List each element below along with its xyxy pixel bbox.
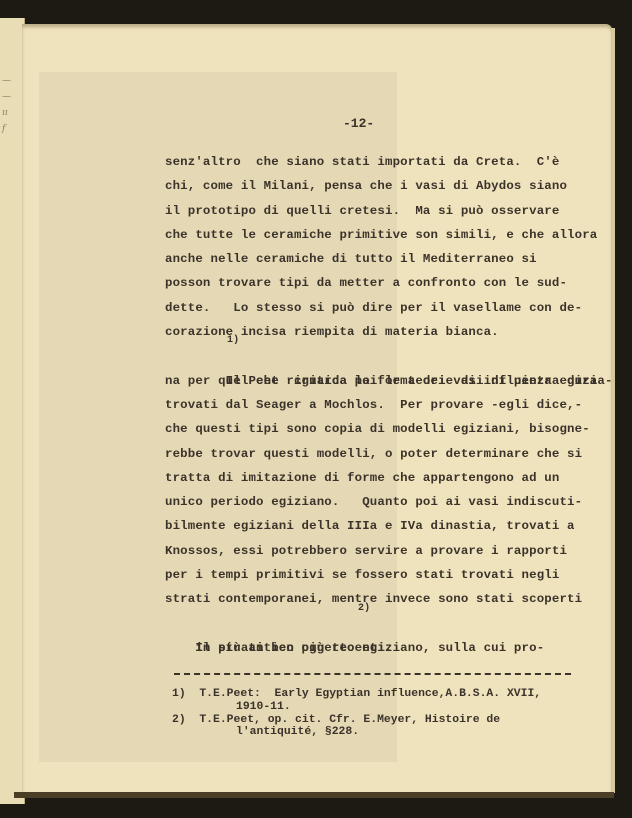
- text-line: che tutte le ceramiche primitive son sim…: [165, 223, 605, 247]
- text-line: tratta di imitazione di forme che appart…: [165, 466, 605, 490]
- footnote-ref-2: 2): [358, 604, 370, 614]
- text-line: Knossos, essi potrebbero servire a prova…: [165, 539, 605, 563]
- text-line: senz'altro che siano stati importati da …: [165, 150, 605, 174]
- text-line: rebbe trovar questi modelli, o poter det…: [165, 442, 605, 466]
- text-line: na per quel che riguarda la forma dei va…: [165, 369, 605, 393]
- footnote-1: 1) T.E.Peet: Early Egyptian influence,A.…: [172, 688, 592, 701]
- margin-marks: — — ıı f: [2, 73, 22, 137]
- text-line: che questi tipi sono copia di modelli eg…: [165, 417, 605, 441]
- text-line: trovati dal Seager a Mochlos. Per provar…: [165, 393, 605, 417]
- footnote-text: T.E.Peet: Early Egyptian influence,A.B.S…: [199, 688, 541, 700]
- text-line: bilmente egiziani della IIIa e IVa dinas…: [165, 514, 605, 538]
- text-line: posson trovare tipi da metter a confront…: [165, 271, 605, 295]
- text-line: il prototipo di quelli cretesi. Ma si pu…: [165, 199, 605, 223]
- footnote-label: 1): [172, 688, 186, 700]
- footnote-1-cont: 1910-11.: [172, 701, 592, 714]
- page-bottom-edge: [14, 792, 614, 798]
- margin-mark: ıı: [2, 105, 22, 121]
- page-number: -12-: [343, 116, 374, 131]
- text-line: unico periodo egiziano. Quanto poi ai va…: [165, 490, 605, 514]
- text-line: Il più antico oggetto egiziano, sulla cu…: [165, 636, 605, 660]
- margin-mark: —: [2, 73, 22, 89]
- footnotes: 1) T.E.Peet: Early Egyptian influence,A.…: [172, 688, 592, 739]
- footnote-2-cont: l'antiquité, §228.: [172, 726, 592, 739]
- text-line: per i tempi primitivi se fossero stati t…: [165, 563, 605, 587]
- footnote-separator: [174, 673, 571, 675]
- text-line: strati contemporanei, mentre invece sono…: [165, 587, 605, 611]
- text-line: Il Peet critica poi le teorie di influen…: [165, 344, 605, 368]
- footnote-ref-1: 1): [227, 336, 239, 346]
- text-line: in strati ben più recenti. 2): [165, 612, 605, 636]
- text-line: dette. Lo stesso si può dire per il vase…: [165, 296, 605, 320]
- footnote-text: T.E.Peet, op. cit. Cfr. E.Meyer, Histoir…: [199, 714, 500, 726]
- margin-mark: f: [2, 121, 22, 137]
- page-edge: [611, 28, 615, 793]
- text-line: chi, come il Milani, pensa che i vasi di…: [165, 174, 605, 198]
- footnote-label: 2): [172, 714, 186, 726]
- footnote-2: 2) T.E.Peet, op. cit. Cfr. E.Meyer, Hist…: [172, 714, 592, 727]
- text-line: anche nelle ceramiche di tutto il Medite…: [165, 247, 605, 271]
- margin-mark: —: [2, 89, 22, 105]
- body-text: senz'altro che siano stati importati da …: [165, 150, 605, 660]
